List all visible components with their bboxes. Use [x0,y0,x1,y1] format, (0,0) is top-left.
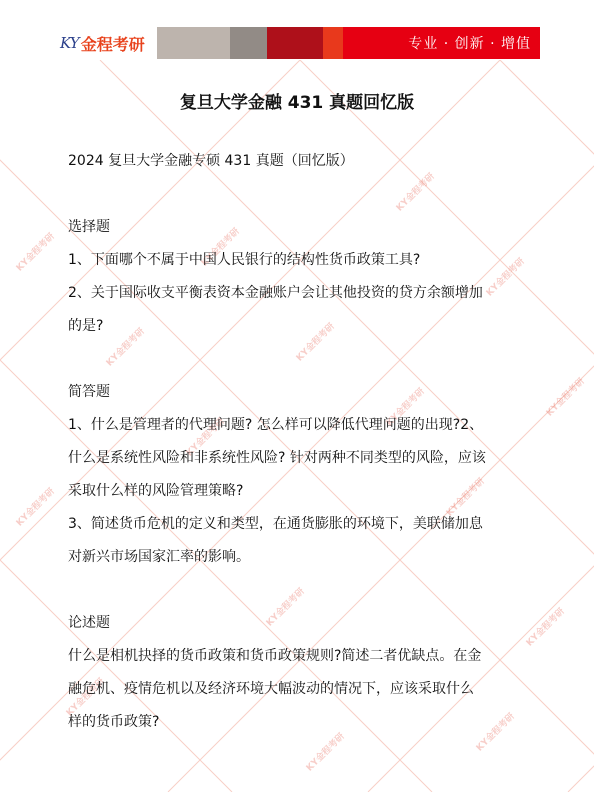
question-line: 1、下面哪个不属于中国人民银行的结构性货币政策工具? [68,249,420,269]
watermark-stamp: KY金程考研 [303,729,347,773]
header-slogan: 专业 · 创新 · 增值 [343,27,531,59]
question-line: 融危机、疫情危机以及经济环境大幅波动的情况下，应该采取什么 [68,678,474,698]
question-line: 什么是系统性风险和非系统性风险? 针对两种不同类型的风险，应该 [68,447,486,467]
watermark-stamp: KY金程考研 [483,254,527,298]
document-subtitle: 2024 复旦大学金融专硕 431 真题（回忆版） [68,150,354,170]
question-line: 样的货币政策? [68,711,159,731]
section-heading-short-answer: 简答题 [68,381,110,401]
watermark-stamp: KY金程考研 [293,319,337,363]
question-line: 什么是相机抉择的货币政策和货币政策规则?简述二者优缺点。在金 [68,645,481,665]
header-band-orange [323,27,343,59]
document-title: 复旦大学金融 431 真题回忆版 [82,88,512,113]
question-line: 采取什么样的风险管理策略? [68,480,243,500]
question-line: 3、简述货币危机的定义和类型，在通货膨胀的环境下，美联储加息 [68,513,483,533]
section-heading-essay: 论述题 [68,612,110,632]
watermark-stamp: KY金程考研 [543,374,587,418]
logo: KY 金程考研 [60,27,145,59]
question-line: 1、什么是管理者的代理问题? 怎么样可以降低代理问题的出现?2、 [68,414,483,434]
section-heading-multiple-choice: 选择题 [68,216,110,236]
logo-text: 金程考研 [81,32,145,55]
watermark-stamp: KY金程考研 [13,484,57,528]
watermark-stamp: KY金程考研 [443,474,487,518]
header-banner: KY 金程考研 专业 · 创新 · 增值 [0,0,594,70]
logo-mark-icon: KY [60,34,79,52]
watermark-stamp: KY金程考研 [263,584,307,628]
header-band-gray [230,27,267,59]
watermark-stamp: KY金程考研 [13,229,57,273]
header-band-dark-red [267,27,323,59]
watermark-stamp: KY金程考研 [473,709,517,753]
question-line: 2、关于国际收支平衡表资本金融账户会让其他投资的贷方余额增加 [68,282,483,302]
watermark-stamp: KY金程考研 [523,604,567,648]
question-line: 的是? [68,315,103,335]
watermark-stamp: KY金程考研 [393,169,437,213]
watermark-stamp: KY金程考研 [103,324,147,368]
header-band-taupe [157,27,230,59]
question-line: 对新兴市场国家汇率的影响。 [68,546,250,566]
